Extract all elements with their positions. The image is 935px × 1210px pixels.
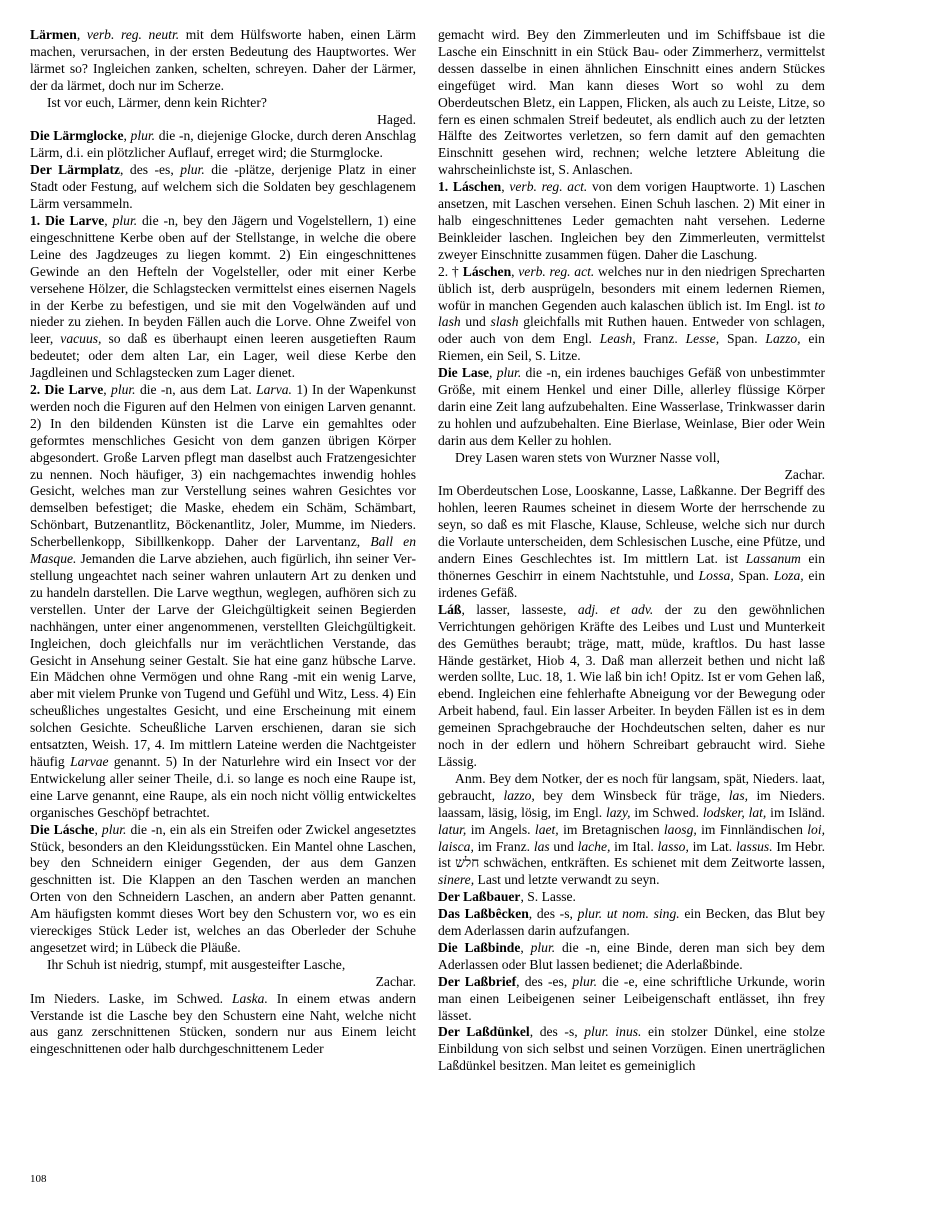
entry-text: im Schwed. (631, 805, 703, 820)
page-number: 108 (30, 1173, 47, 1186)
headword: 1. Die Larve (30, 213, 104, 228)
dictionary-entry: Der Laßdünkel, des -s, plur. inus. ein s… (438, 1024, 825, 1075)
entry-text: im Isländ. (766, 805, 825, 820)
quotation-source: Zachar. (438, 467, 825, 484)
grammar-or-foreign-term: plur. (180, 162, 205, 177)
grammar-or-foreign-term: verb. reg. act. (509, 179, 587, 194)
entry-text: , des -es, (516, 974, 572, 989)
dictionary-entry: Der Laßbrief, des -es, plur. die -e, ein… (438, 974, 825, 1025)
dictionary-entry: Das Laßbêcken, des -s, plur. ut nom. sin… (438, 906, 825, 940)
dictionary-entry: Láß, lasser, lasseste, adj. et adv. der … (438, 602, 825, 771)
headword: 1. Láschen (438, 179, 501, 194)
dictionary-entry: Der Lärmplatz, des -es, plur. die -plätz… (30, 162, 416, 213)
grammar-or-foreign-term: laosg, (664, 822, 697, 837)
grammar-or-foreign-term: laet, (535, 822, 559, 837)
grammar-or-foreign-term: vacuus, (60, 331, 101, 346)
entry-text: , (103, 382, 111, 397)
entry-text: 1) In der Wa­penkunst werden noch die Fi… (30, 382, 416, 549)
entry-text: und (550, 839, 578, 854)
entry-text: Franz. (636, 331, 686, 346)
grammar-or-foreign-term: las (534, 839, 550, 854)
grammar-or-foreign-term: lodsker, lat, (703, 805, 767, 820)
headword: Der Laßbrief (438, 974, 516, 989)
entry-text: die -n, bey den Jägern und Vogelstellern… (30, 213, 416, 346)
headword: Die Lásche (30, 822, 94, 837)
grammar-or-foreign-term: Larvae (70, 754, 109, 769)
grammar-or-foreign-term: lazzo, (503, 788, 534, 803)
grammar-or-foreign-term: plur. (531, 940, 556, 955)
headword: 2. Die Larve (30, 382, 103, 397)
grammar-or-foreign-term: plur. (497, 365, 522, 380)
grammar-or-foreign-term: verb. reg. act. (518, 264, 594, 279)
dictionary-entry: Die Lärmglocke, plur. die -n, diejenige … (30, 128, 416, 162)
entry-text: im Bretagnischen (559, 822, 664, 837)
dictionary-entry: Der Laßbauer, S. Lasse. (438, 889, 825, 906)
entry-text: im Finnländischen (697, 822, 807, 837)
grammar-or-foreign-term: Laska. (232, 991, 268, 1006)
quotation-line: Drey Lasen waren stets von Wurzner Nasse… (438, 450, 825, 467)
grammar-or-foreign-term: plur. ut nom. sing. (578, 906, 680, 921)
headword: Die Lase (438, 365, 489, 380)
quotation-source: Zachar. (30, 974, 416, 991)
dictionary-entry: Die Lásche, plur. die -n, ein als ein St… (30, 822, 416, 957)
grammar-or-foreign-term: Leash, (600, 331, 636, 346)
grammar-or-foreign-term: adj. et adv. (578, 602, 653, 617)
dictionary-entry: gemacht wird. Bey den Zimmerleuten und i… (438, 27, 825, 179)
dictionary-entry: Lärmen, verb. reg. neutr. mit dem Hülfsw… (30, 27, 416, 95)
headword: Das Laßbêcken (438, 906, 529, 921)
grammar-or-foreign-term: sinere, (438, 872, 474, 887)
dictionary-entry: Die Laßbinde, plur. die -n, eine Binde, … (438, 940, 825, 974)
dictionary-entry: Die Lase, plur. die -n, ein irdenes bauc… (438, 365, 825, 450)
entry-text: , (77, 27, 87, 42)
grammar-or-foreign-term: lache, (578, 839, 611, 854)
grammar-or-foreign-term: Lesse, (686, 331, 720, 346)
headword: Láß (438, 602, 461, 617)
entry-text: im Angels. (466, 822, 535, 837)
entry-text: , (520, 940, 530, 955)
entry-text: , (123, 128, 130, 143)
headword: Lärmen (30, 27, 77, 42)
grammar-or-foreign-term: Loza, (774, 568, 804, 583)
dictionary-entry: 2. Die Larve, plur. die -n, aus dem Lat.… (30, 382, 416, 822)
entry-text: Span. (734, 568, 774, 583)
entry-text: die -n, ein als ein Streifen oder Zwicke… (30, 822, 416, 955)
dictionary-entry: 2. † Láschen, verb. reg. act. welches nu… (438, 264, 825, 365)
entry-text: , des -es, (120, 162, 180, 177)
grammar-or-foreign-term: plur. (102, 822, 127, 837)
grammar-or-foreign-term: las, (729, 788, 748, 803)
entry-text: , (94, 822, 101, 837)
annotation-paragraph: Anm. Bey dem Notker, der es noch für lan… (438, 771, 825, 889)
quotation-source: Haged. (30, 112, 416, 129)
grammar-or-foreign-term: lasso, (658, 839, 689, 854)
left-column: Lärmen, verb. reg. neutr. mit dem Hülfsw… (30, 27, 416, 1058)
entry-text: Last und letzte verwandt zu seyn. (474, 872, 659, 887)
grammar-or-foreign-term: plur. (131, 128, 156, 143)
headword: Die Laßbinde (438, 940, 520, 955)
entry-text: Span. (719, 331, 765, 346)
dictionary-entry: 1. Láschen, verb. reg. act. von dem vori… (438, 179, 825, 264)
grammar-or-foreign-term: plur. (113, 213, 138, 228)
entry-text: bey dem Winsbeck für träge, (535, 788, 729, 803)
grammar-or-foreign-term: slash (491, 314, 519, 329)
headword: Der Laßbauer (438, 889, 520, 904)
grammar-or-foreign-term: Larva. (256, 382, 292, 397)
grammar-or-foreign-term: plur. (111, 382, 136, 397)
entry-text: gemacht wird. Bey den Zimmerleuten und i… (438, 27, 825, 177)
quotation-line: Ist vor euch, Lärmer, denn kein Richter? (30, 95, 416, 112)
entry-text: , lasser, lasseste, (461, 602, 577, 617)
entry-text: die -n, aus dem Lat. (136, 382, 256, 397)
dictionary-entry: 1. Die Larve, plur. die -n, bey den Jäge… (30, 213, 416, 382)
right-column: gemacht wird. Bey den Zimmerleuten und i… (438, 27, 825, 1075)
entry-text: Jemanden die Larve abziehen, auch figürl… (30, 551, 416, 769)
entry-text: , (489, 365, 497, 380)
entry-text: , des -s, (530, 1024, 585, 1039)
grammar-or-foreign-term: lassus. (736, 839, 773, 854)
grammar-or-foreign-term: Lassanum (746, 551, 801, 566)
entry-text: , (104, 213, 112, 228)
entry-text: 2. † (438, 264, 463, 279)
dictionary-entry: Im Oberdeutschen Lose, Looskanne, Lasse,… (438, 483, 825, 601)
entry-text: im Ital. (610, 839, 657, 854)
entry-text: , des -s, (529, 906, 578, 921)
quotation-line: Ihr Schuh ist niedrig, stumpf, mit ausge… (30, 957, 416, 974)
entry-text: , S. Lasse. (520, 889, 576, 904)
entry-text: der zu den gewöhnlichen Verrichtungen ge… (438, 602, 825, 769)
entry-text: Im Nieders. Laske, im Schwed. (30, 991, 232, 1006)
grammar-or-foreign-term: plur. (572, 974, 597, 989)
headword: Der Lärmplatz (30, 162, 120, 177)
headword: Der Laßdünkel (438, 1024, 530, 1039)
headword: Láschen (463, 264, 511, 279)
entry-text: und (461, 314, 491, 329)
grammar-or-foreign-term: latur, (438, 822, 466, 837)
grammar-or-foreign-term: plur. inus. (584, 1024, 641, 1039)
headword: Die Lärmglocke (30, 128, 123, 143)
grammar-or-foreign-term: lazy, (606, 805, 631, 820)
entry-text: im Lat. (689, 839, 736, 854)
grammar-or-foreign-term: Lazzo, (765, 331, 800, 346)
dictionary-entry: Im Nieders. Laske, im Schwed. Laska. In … (30, 991, 416, 1059)
grammar-or-foreign-term: Lossa, (699, 568, 734, 583)
entry-text: im Franz. (474, 839, 534, 854)
grammar-or-foreign-term: verb. reg. neutr. (87, 27, 179, 42)
